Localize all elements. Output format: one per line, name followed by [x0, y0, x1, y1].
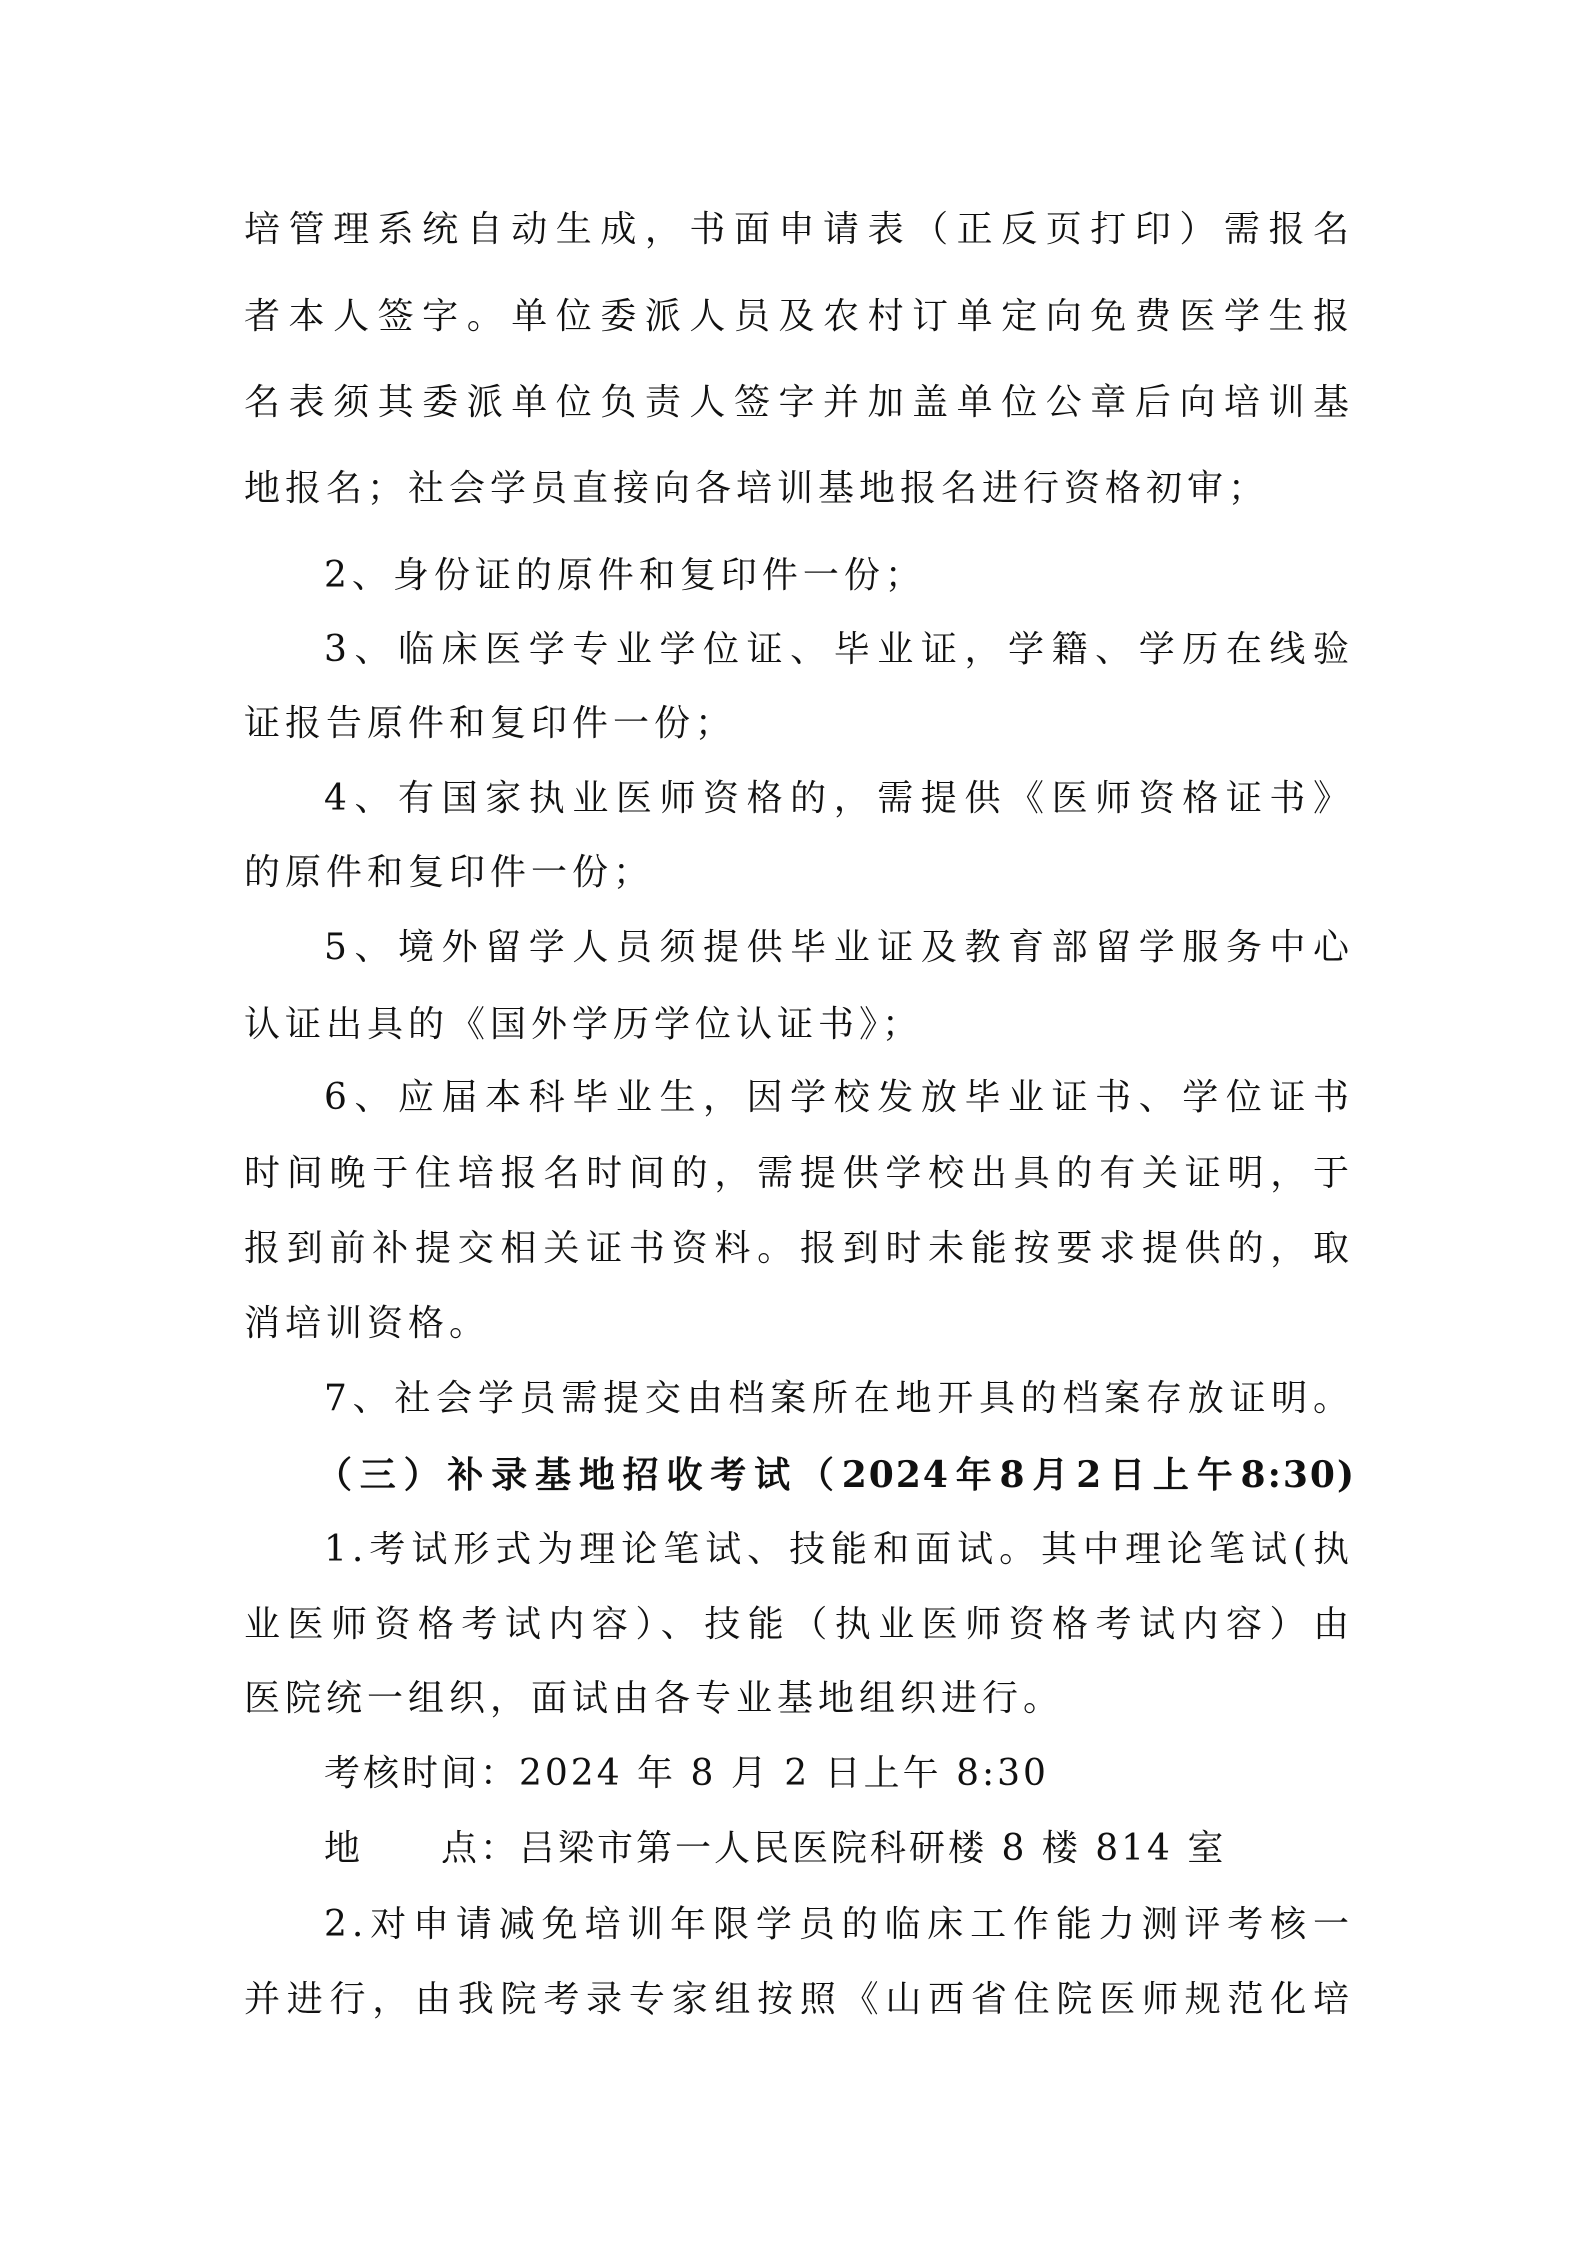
paragraph-line: 业医师资格考试内容）、技能（执业医师资格考试内容）由 [244, 1600, 1354, 1650]
exam-time: 考核时间：2024 年 8 月 2 日上午 8:30 [324, 1749, 1354, 1799]
paragraph-line: 医院统一组织，面试由各专业基地组织进行。 [244, 1674, 1354, 1724]
list-item-6: 6、应届本科毕业生，因学校发放毕业证书、学位证书 [324, 1073, 1354, 1123]
list-item-2: 2、身份证的原件和复印件一份； [324, 551, 1354, 601]
paragraph-line: 认证出具的《国外学历学位认证书》； [244, 1000, 1354, 1050]
exam-location: 地 点：吕梁市第一人民医院科研楼 8 楼 814 室 [324, 1824, 1354, 1874]
paragraph-line: 证报告原件和复印件一份； [244, 699, 1354, 749]
exam-item-2: 2.对申请减免培训年限学员的临床工作能力测评考核一 [324, 1900, 1354, 1950]
list-item-5: 5、境外留学人员须提供毕业证及教育部留学服务中心 [324, 923, 1354, 973]
list-item-7: 7、社会学员需提交由档案所在地开具的档案存放证明。 [324, 1374, 1354, 1424]
section-heading: （三）补录基地招收考试（2024年8月2日上午8:30) [316, 1450, 1356, 1500]
list-item-4: 4、有国家执业医师资格的，需提供《医师资格证书》 [324, 774, 1354, 824]
paragraph-line: 的原件和复印件一份； [244, 848, 1354, 898]
paragraph-line: 地报名；社会学员直接向各培训基地报名进行资格初审； [244, 464, 1354, 514]
paragraph-line: 者本人签字。单位委派人员及农村订单定向免费医学生报 [244, 292, 1354, 342]
paragraph-line: 报到前补提交相关证书资料。报到时未能按要求提供的，取 [244, 1224, 1354, 1274]
paragraph-line: 时间晚于住培报名时间的，需提供学校出具的有关证明，于 [244, 1149, 1354, 1199]
list-item-3: 3、临床医学专业学位证、毕业证，学籍、学历在线验 [324, 625, 1354, 675]
paragraph-line: 消培训资格。 [244, 1299, 1354, 1349]
paragraph-line: 培管理系统自动生成，书面申请表（正反页打印）需报名 [244, 205, 1354, 255]
document-page: 培管理系统自动生成，书面申请表（正反页打印）需报名 者本人签字。单位委派人员及农… [0, 0, 1587, 2245]
paragraph-line: 并进行，由我院考录专家组按照《山西省住院医师规范化培 [244, 1975, 1354, 2025]
paragraph-line: 名表须其委派单位负责人签字并加盖单位公章后向培训基 [244, 378, 1354, 428]
exam-item-1: 1.考试形式为理论笔试、技能和面试。其中理论笔试(执 [324, 1525, 1354, 1575]
